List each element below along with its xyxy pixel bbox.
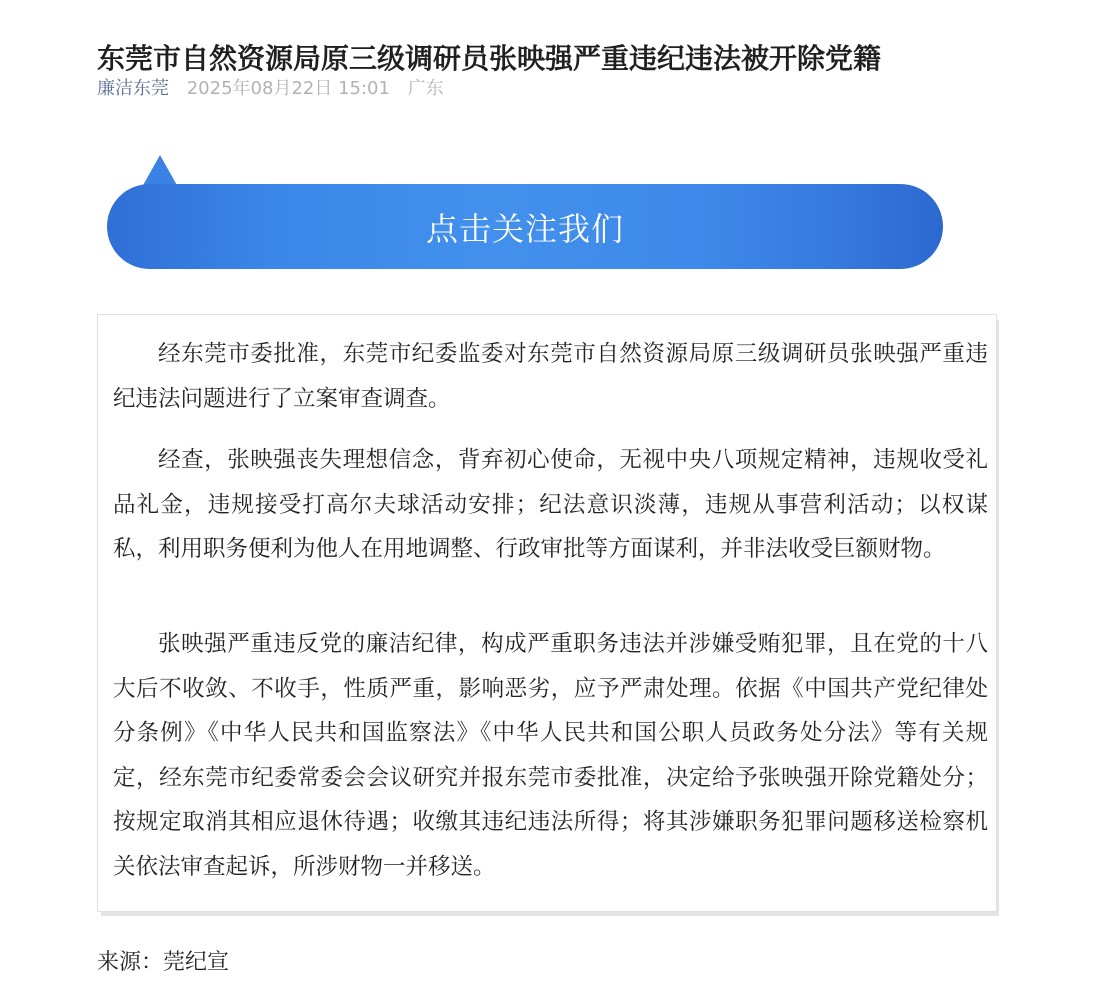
article-meta: 廉洁东莞 2025年08月22日 15:01 广东: [97, 74, 444, 104]
paragraph-1: 经东莞市委批准，东莞市纪委监委对东莞市自然资源局原三级调研员张映强严重违纪违法问…: [113, 332, 988, 421]
article-content-box: 经东莞市委批准，东莞市纪委监委对东莞市自然资源局原三级调研员张映强严重违纪违法问…: [97, 314, 997, 912]
account-name-link[interactable]: 廉洁东莞: [97, 78, 169, 99]
publish-date: 2025年08月22日 15:01: [187, 78, 390, 99]
article-source: 来源：莞纪宣: [97, 944, 229, 982]
paragraph-2: 经查，张映强丧失理想信念，背弃初心使命，无视中央八项规定精神，违规收受礼品礼金，…: [113, 438, 988, 572]
follow-us-banner[interactable]: 点击关注我们: [107, 155, 943, 271]
follow-us-button[interactable]: 点击关注我们: [107, 184, 943, 269]
paragraph-3: 张映强严重违反党的廉洁纪律，构成严重职务违法并涉嫌受贿犯罪，且在党的十八大后不收…: [113, 622, 988, 889]
follow-us-label: 点击关注我们: [426, 204, 624, 250]
speech-pointer-icon: [142, 155, 178, 187]
publish-location: 广东: [408, 78, 444, 99]
